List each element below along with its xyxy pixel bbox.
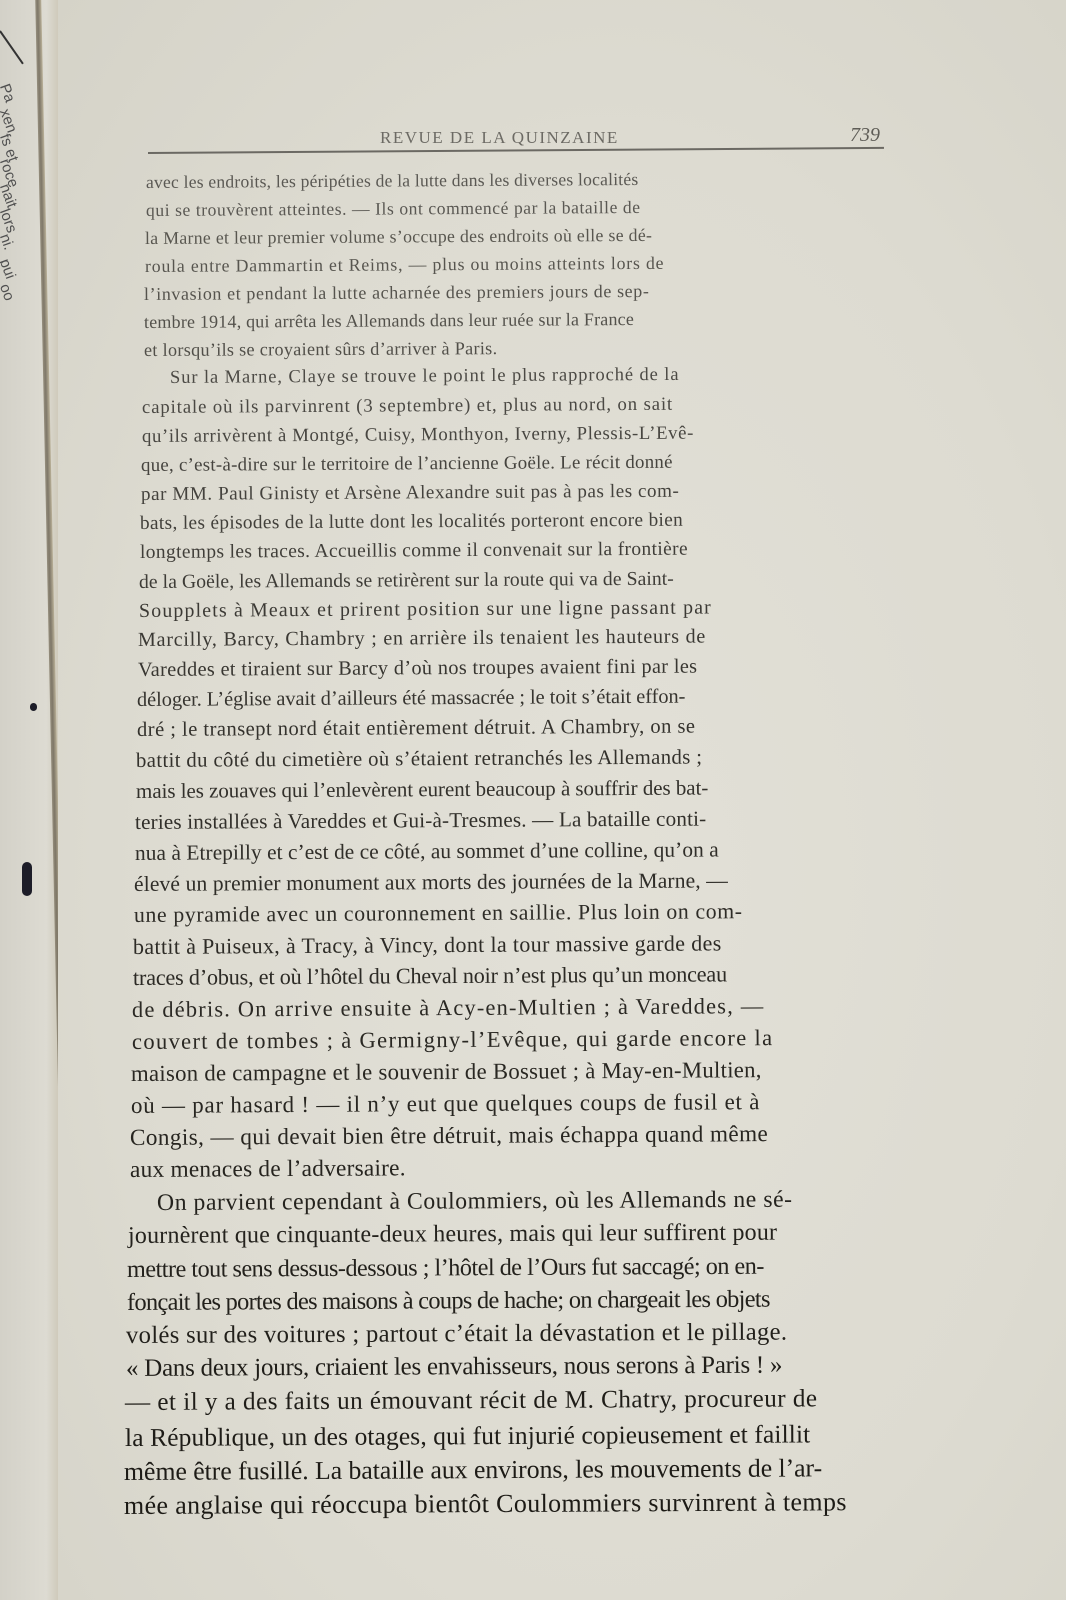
text-line: On parvient cependant à Coulommiers, où …	[157, 1187, 793, 1217]
facing-page-rule	[0, 30, 24, 64]
text-line: de la Goële, les Allemands se retirèrent…	[139, 568, 674, 594]
text-line: la République, un des otages, qui fut in…	[125, 1419, 810, 1453]
text-line: aux menaces de l’adversaire.	[130, 1155, 406, 1184]
text-line: bats, les épisodes de la lutte dont les …	[140, 510, 683, 535]
text-line: élevé un premier monument aux morts des …	[134, 868, 728, 897]
text-line: et lorsqu’ils se croyaient sûrs d’arrive…	[144, 338, 497, 361]
text-line: avec les endroits, les péripéties de la …	[146, 169, 639, 193]
text-line: mais les zouaves qui l’enlevèrent eurent…	[136, 776, 708, 804]
text-line: déloger. L’église avait d’ailleurs été m…	[137, 686, 686, 712]
text-line: fonçait les portes des maisons à coups d…	[127, 1286, 770, 1317]
text-line: nua à Etrepilly et c’est de ce côté, au …	[135, 837, 719, 866]
text-line: par MM. Paul Ginisty et Arsène Alexandre…	[141, 481, 680, 506]
text-line: battit du côté du cimetière où s’étaient…	[136, 746, 702, 773]
text-line: volés sur des voitures ; partout c’était…	[126, 1319, 787, 1350]
text-line: — et il y a des faits un émouvant récit …	[125, 1385, 818, 1417]
text-line: même être fusillé. La bataille aux envir…	[124, 1453, 822, 1487]
text-line: mée anglaise qui réoccupa bientôt Coulom…	[124, 1487, 847, 1521]
text-line: Congis, — qui devait bien être détruit, …	[130, 1121, 768, 1152]
text-line: que, c’est-à-dire sur le territoire de l…	[141, 452, 673, 477]
book-page: REVUE DE LA QUINZAINE 739 avec les endro…	[58, 0, 1066, 1600]
text-line: Sur la Marne, Claye se trouve le point l…	[170, 365, 680, 389]
text-line: tembre 1914, qui arrêta les Allemands da…	[144, 309, 634, 333]
text-line: « Dans deux jours, criaient les envahiss…	[126, 1352, 782, 1383]
text-line: qu’ils arrivèrent à Montgé, Cuisy, Month…	[142, 423, 694, 448]
text-line: journèrent que cinquante-deux heures, ma…	[128, 1220, 777, 1250]
text-line: couvert de tombes ; à Germigny-l’Evêque,…	[132, 1025, 774, 1055]
body-text: avec les endroits, les péripéties de la …	[58, 0, 1066, 1600]
text-line: l’invasion et pendant la lutte acharnée …	[144, 281, 650, 305]
text-line: Marcilly, Barcy, Chambry ; en arrière il…	[138, 626, 706, 652]
text-line: où — par hasard ! — il n’y eut que quelq…	[131, 1089, 760, 1119]
text-line: qui se trouvèrent atteintes. — Ils ont c…	[146, 197, 641, 221]
text-line: roula entre Dammartin et Reims, — plus o…	[145, 253, 664, 277]
facing-page-edge: Pa xen fs et roce nait lors ni. pui oo	[0, 0, 58, 1600]
text-line: longtemps les traces. Accueillis comme i…	[140, 539, 688, 564]
ink-stain	[30, 703, 37, 711]
text-line: dré ; le transept nord était entièrement…	[137, 716, 696, 742]
text-line: battit à Puiseux, à Tracy, à Vincy, dont…	[133, 930, 722, 960]
text-line: la Marne et leur premier volume s’occupe…	[145, 225, 652, 249]
ink-stain	[22, 862, 32, 896]
text-line: teries installées à Vareddes et Gui-à-Tr…	[135, 807, 706, 835]
text-line: de débris. On arrive ensuite à Acy-en-Mu…	[132, 993, 765, 1023]
text-line: traces d’obus, et où l’hôtel du Cheval n…	[133, 961, 727, 991]
text-line: Soupplets à Meaux et prirent position su…	[139, 597, 712, 623]
text-line: maison de campagne et le souvenir de Bos…	[131, 1057, 762, 1087]
text-line: capitale où ils parvinrent (3 septembre)…	[142, 394, 673, 419]
text-line: Vareddes et tiraient sur Barcy d’où nos …	[138, 656, 698, 682]
facing-page-text-fragments: Pa xen fs et roce nait lors ni. pui oo	[4, 72, 40, 297]
text-line: mettre tout sens dessus-dessous ; l’hôte…	[127, 1253, 764, 1284]
text-line: une pyramide avec un couronnement en sai…	[134, 899, 743, 928]
